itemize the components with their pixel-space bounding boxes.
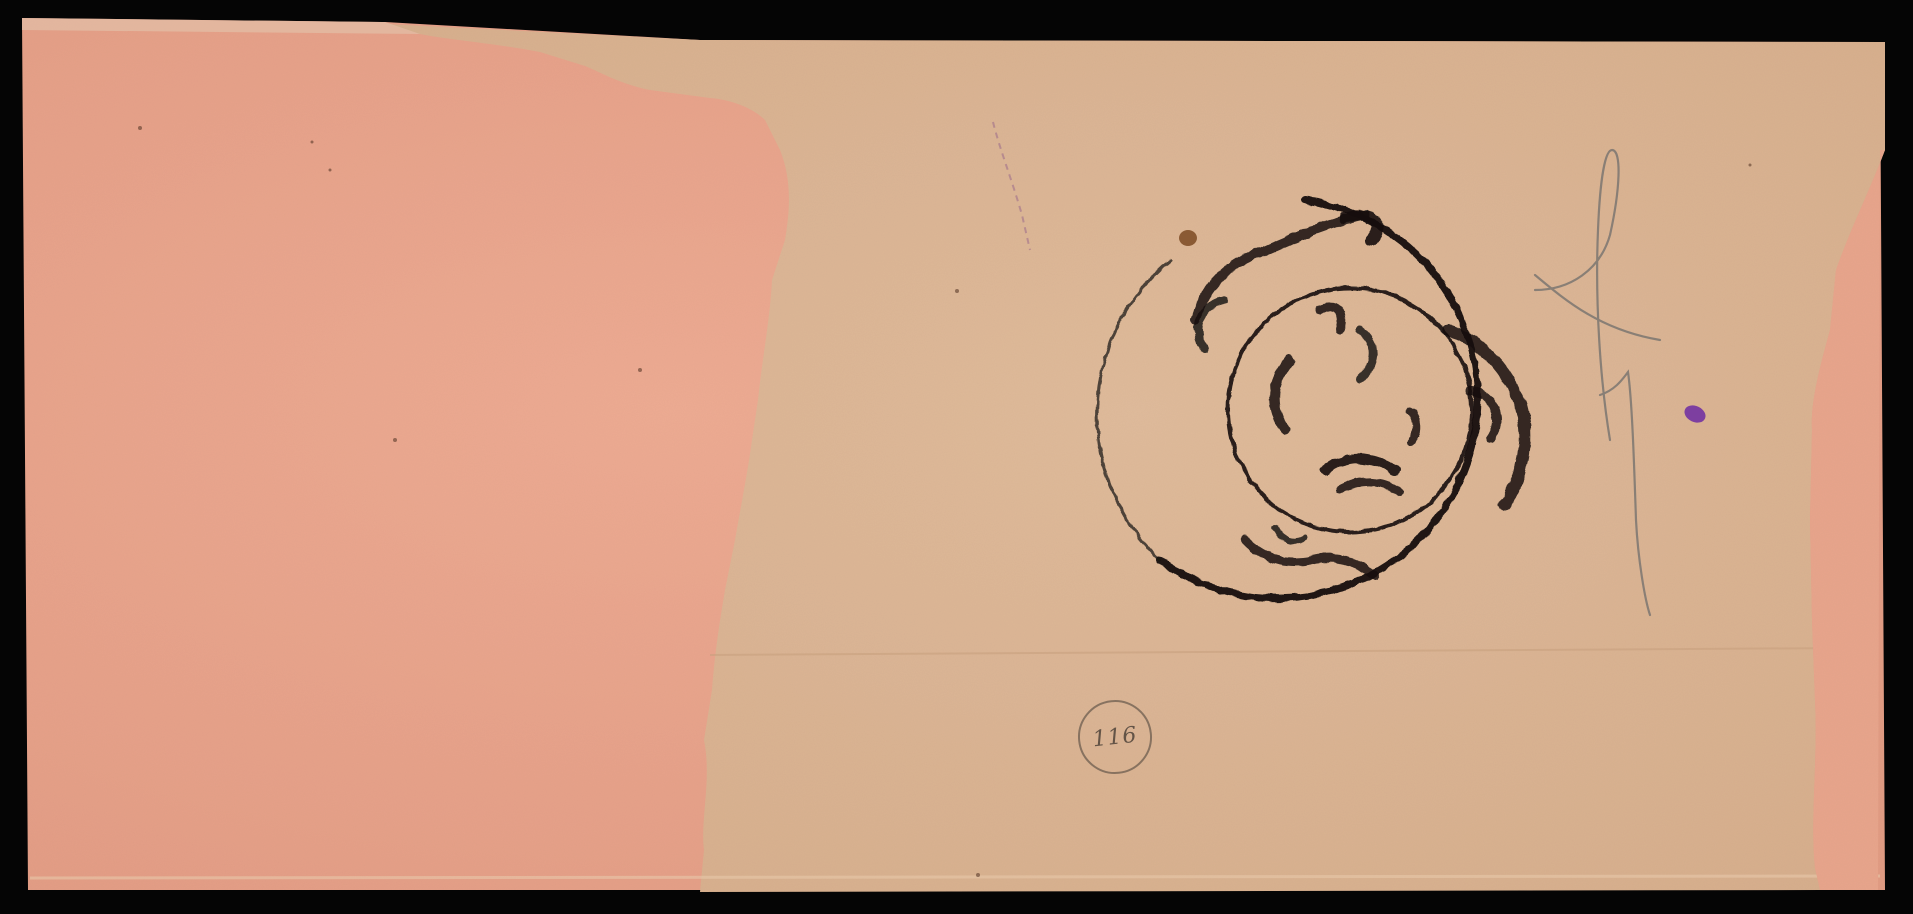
postal-cover-scan: 116 Ottoman-script town name around ring… [0,0,1913,914]
pencil-number-text: 116 [1091,722,1138,752]
cover-artwork [0,0,1913,914]
brown-stain [1179,230,1197,246]
